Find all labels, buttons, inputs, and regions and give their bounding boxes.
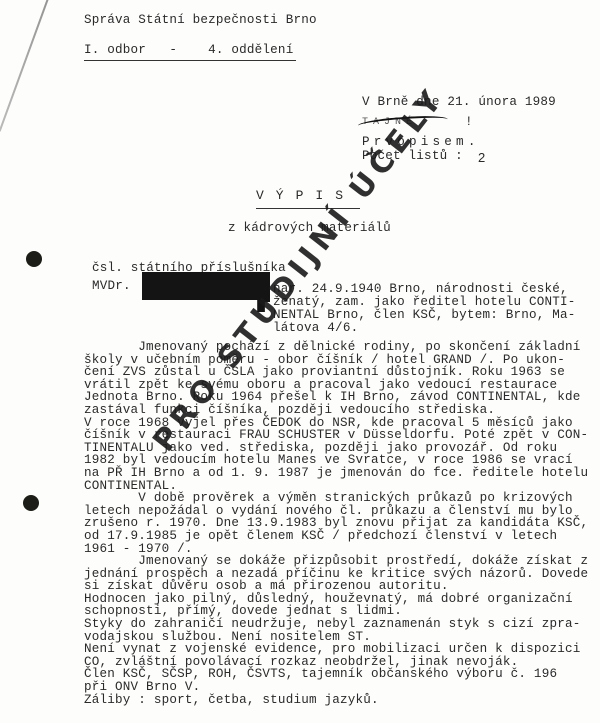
body-line: čení ZVS zůstal u ČSLA jako proviantní d… — [84, 366, 588, 379]
body-line: Styky do zahraničí neudržuje, nebyl zazn… — [84, 618, 588, 631]
body-line: na PŘ IH Brno a od 1. 9. 1987 je jmenová… — [84, 467, 588, 480]
subject-details-line: látova 4/6. — [273, 322, 576, 335]
organization-header: Správa Státní bezpečnosti Brno — [84, 14, 317, 27]
body-line: Jmenovaný pochází z dělnické rodiny, po … — [84, 341, 588, 354]
body-line: zastával funkci číšníka, později vedoucí… — [84, 404, 588, 417]
document-page: Správa Státní bezpečnosti Brno I. odbor … — [0, 0, 600, 723]
body-line: od 17.9.1985 je opět členem KSČ / předch… — [84, 530, 588, 543]
body-line: si získat důvěru osob a má přirozenou au… — [84, 580, 588, 593]
subject-details: nar. 24.9.1940 Brno, národnosti české,že… — [273, 283, 576, 335]
punch-hole-bottom — [23, 495, 39, 511]
sheet-count-value: 2 — [478, 151, 485, 164]
header-underline — [84, 60, 296, 61]
body-line: při ONV Brno V. — [84, 681, 588, 694]
punch-hole-top — [26, 251, 42, 267]
body-line: Jmenovaný se dokáže přizpůsobit prostřed… — [84, 555, 588, 568]
body-text: Jmenovaný pochází z dělnické rodiny, po … — [84, 341, 588, 706]
body-line: Záliby : sport, četba, studium jazyků. — [84, 694, 588, 707]
fold-line — [0, 0, 52, 132]
department-header: I. odbor - 4. oddělení — [84, 44, 293, 57]
classification-mark: ! — [465, 116, 473, 129]
body-line: V době prověrek a výměn stranických průk… — [84, 492, 588, 505]
subject-title-prefix: MVDr. — [92, 280, 131, 293]
place-date: V Brně dne 21. února 1989 — [362, 96, 556, 109]
body-line: Není vynat z vojenské evidence, pro mobi… — [84, 643, 588, 656]
